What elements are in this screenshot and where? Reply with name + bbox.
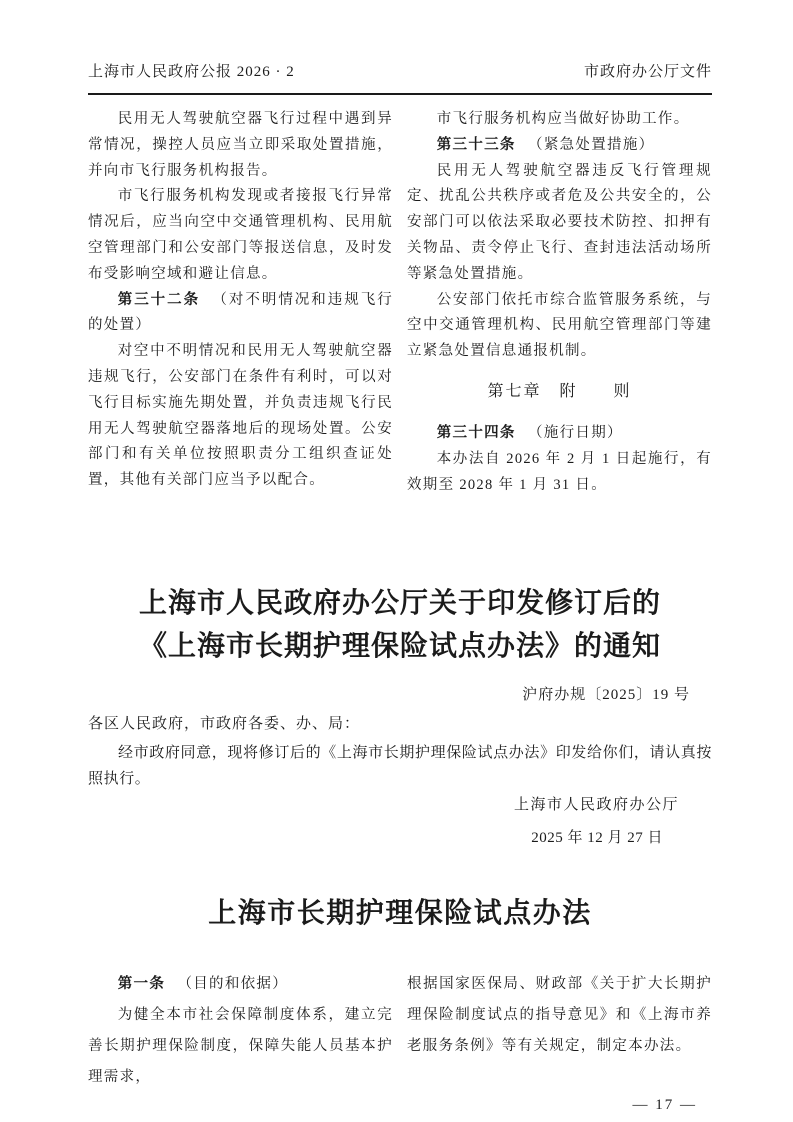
running-header: 上海市人民政府公报 2026 · 2 市政府办公厅文件 [88, 0, 712, 95]
article-32-heading: 第三十二条（对不明情况和违规飞行的处置） [88, 288, 393, 340]
page-number: — 17 — [88, 1095, 712, 1115]
paragraph: 为健全本市社会保障制度体系，建立完善长期护理保险制度，保障失能人员基本护理需求， [88, 1000, 393, 1093]
paragraph: 对空中不明情况和民用无人驾驶航空器违规飞行，公安部门在条件有利时，可以对飞行目标… [88, 339, 393, 494]
salutation: 各区人民政府，市政府各委、办、局： [88, 711, 712, 737]
regulation-tail-columns: 民用无人驾驶航空器飞行过程中遇到异常情况，操控人员应当立即采取处置措施，并向市飞… [88, 107, 712, 498]
article-1-heading: 第一条（目的和依据） [88, 969, 393, 1000]
article-1-title: （目的和依据） [177, 976, 288, 992]
right-column: 根据国家医保局、财政部《关于扩大长期护理保险制度试点的指导意见》和《上海市养老服… [407, 969, 712, 1093]
effective-date-paragraph: 本办法自 2026 年 2 月 1 日起施行，有效期至 2028 年 1 月 3… [407, 447, 712, 499]
notice-body-paragraph: 经市政府同意，现将修订后的《上海市长期护理保险试点办法》印发给你们，请认真按照执… [88, 740, 712, 792]
notice-title-line-1: 上海市人民政府办公厅关于印发修订后的 [88, 582, 712, 625]
right-column: 市飞行服务机构应当做好协助工作。 第三十三条（紧急处置措施） 民用无人驾驶航空器… [407, 107, 712, 498]
left-column: 民用无人驾驶航空器飞行过程中遇到异常情况，操控人员应当立即采取处置措施，并向市飞… [88, 107, 393, 498]
article-34-title: （施行日期） [528, 425, 623, 441]
paragraph: 公安部门依托市综合监管服务系统，与空中交通管理机构、民用航空管理部门等建立紧急处… [407, 288, 712, 365]
header-gazette-title: 上海市人民政府公报 2026 · 2 [88, 62, 295, 82]
header-document-category: 市政府办公厅文件 [584, 62, 712, 82]
chapter-7-heading: 第七章 附 则 [407, 379, 712, 405]
notice-title-line-2: 《上海市长期护理保险试点办法》的通知 [88, 625, 712, 668]
article-32-number: 第三十二条 [118, 292, 200, 308]
article-1-number: 第一条 [118, 976, 165, 992]
issue-date: 2025 年 12 月 27 日 [88, 825, 712, 851]
left-column: 第一条（目的和依据） 为健全本市社会保障制度体系，建立完善长期护理保险制度，保障… [88, 969, 393, 1093]
notice-title: 上海市人民政府办公厅关于印发修订后的 《上海市长期护理保险试点办法》的通知 [88, 582, 712, 668]
measures-title: 上海市长期护理保险试点办法 [88, 896, 712, 932]
article-33-heading: 第三十三条（紧急处置措施） [407, 133, 712, 159]
paragraph: 民用无人驾驶航空器飞行过程中遇到异常情况，操控人员应当立即采取处置措施，并向市飞… [88, 107, 393, 184]
article-33-title: （紧急处置措施） [528, 137, 654, 153]
paragraph: 民用无人驾驶航空器违反飞行管理规定、扰乱公共秩序或者危及公共安全的，公安部门可以… [407, 159, 712, 288]
paragraph: 市飞行服务机构应当做好协助工作。 [407, 107, 712, 133]
article-34-heading: 第三十四条（施行日期） [407, 421, 712, 447]
paragraph: 市飞行服务机构发现或者接报飞行异常情况后，应当向空中交通管理机构、民用航空管理部… [88, 184, 393, 287]
paragraph: 根据国家医保局、财政部《关于扩大长期护理保险制度试点的指导意见》和《上海市养老服… [407, 969, 712, 1062]
article-34-number: 第三十四条 [437, 425, 516, 441]
gazette-page: 上海市人民政府公报 2026 · 2 市政府办公厅文件 民用无人驾驶航空器飞行过… [0, 0, 793, 1122]
issuing-authority: 上海市人民政府办公厅 [88, 792, 712, 818]
measures-columns: 第一条（目的和依据） 为健全本市社会保障制度体系，建立完善长期护理保险制度，保障… [88, 969, 712, 1093]
article-33-number: 第三十三条 [437, 137, 516, 153]
document-number: 沪府办规〔2025〕19 号 [88, 682, 712, 708]
page-content: 上海市人民政府公报 2026 · 2 市政府办公厅文件 民用无人驾驶航空器飞行过… [88, 0, 712, 1115]
